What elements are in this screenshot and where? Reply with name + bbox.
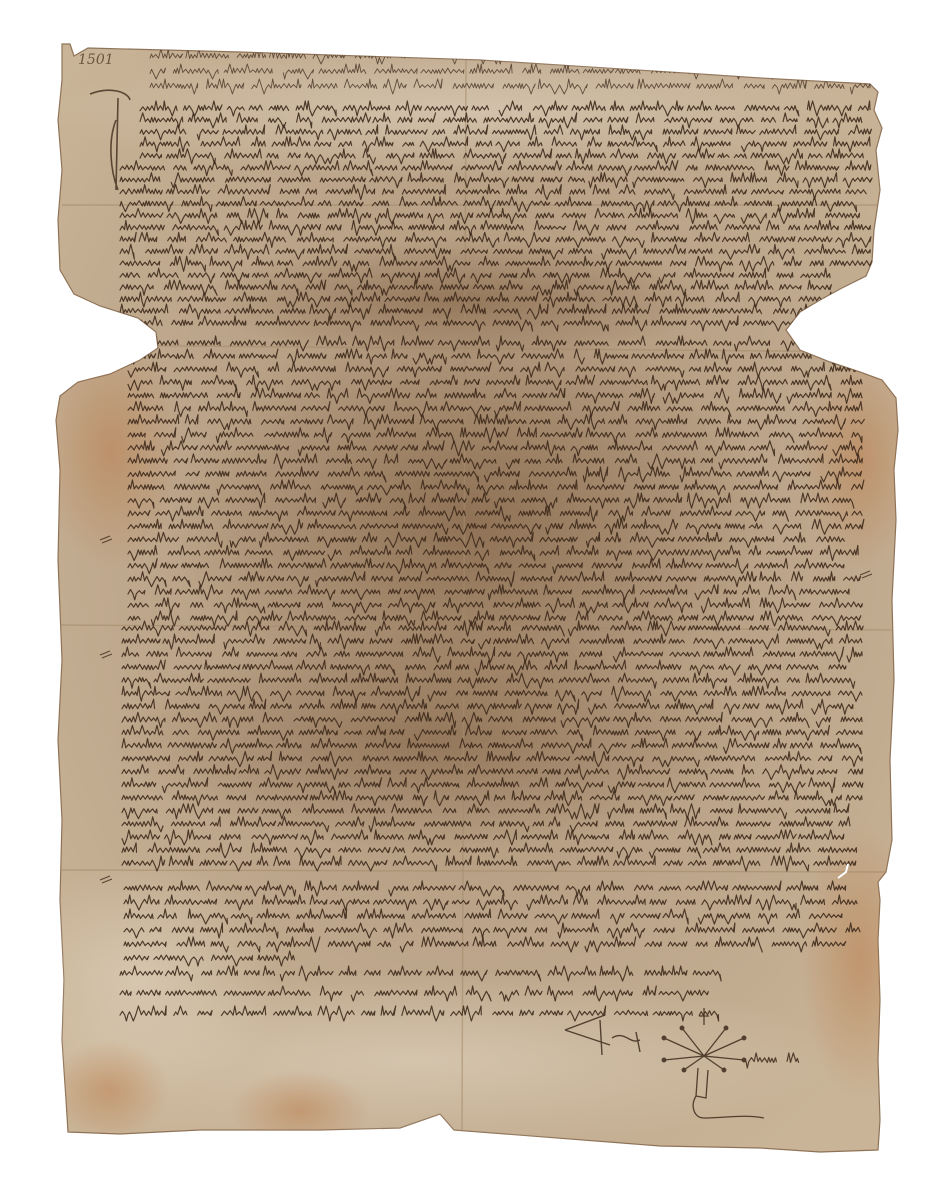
- document-photo: medieval parchment charter: [0, 0, 936, 1200]
- header-note: 1501: [78, 52, 114, 68]
- parchment-sheet: 1501: [0, 0, 936, 1200]
